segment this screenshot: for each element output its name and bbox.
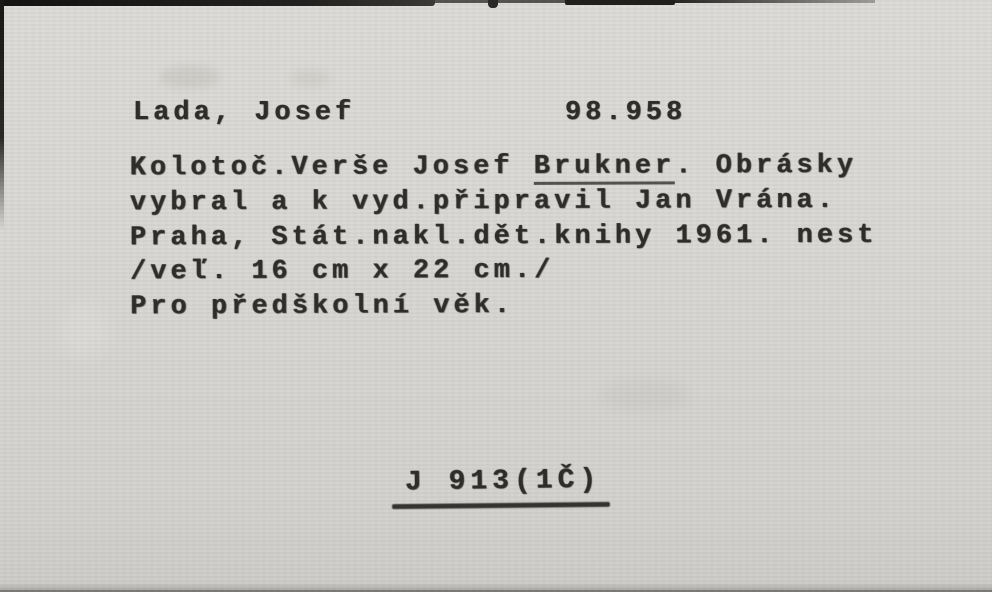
title-statement-continued: . Obrásky <box>675 151 857 182</box>
call-number: J 913(1Č) <box>405 465 602 499</box>
catalog-card-scan: Lada, Josef 98.958 Kolotoč.Verše Josef B… <box>0 0 992 592</box>
description-line-4: /veľ. 16 cm x 22 cm./ <box>130 253 878 290</box>
accession-number: 98.958 <box>565 98 686 128</box>
author-name: Lada, Josef <box>133 98 355 128</box>
bibliographic-description: Kolotoč.Verše Josef Brukner. Obrásky vyb… <box>130 149 878 326</box>
illustrator-name-underlined: Brukner <box>534 151 676 184</box>
card-heading: Lada, Josef 98.958 <box>133 98 853 128</box>
description-line-1: Kolotoč.Verše Josef Brukner. Obrásky <box>130 149 878 186</box>
title-statement: Kolotoč.Verše Josef <box>130 152 534 183</box>
description-line-3: Praha, Stát.nakl.dět.knihy 1961. nest <box>130 218 878 255</box>
description-line-5: Pro předškolní věk. <box>130 288 878 325</box>
description-line-2: vybral a k vyd.připravil Jan Vrána. <box>130 183 878 220</box>
